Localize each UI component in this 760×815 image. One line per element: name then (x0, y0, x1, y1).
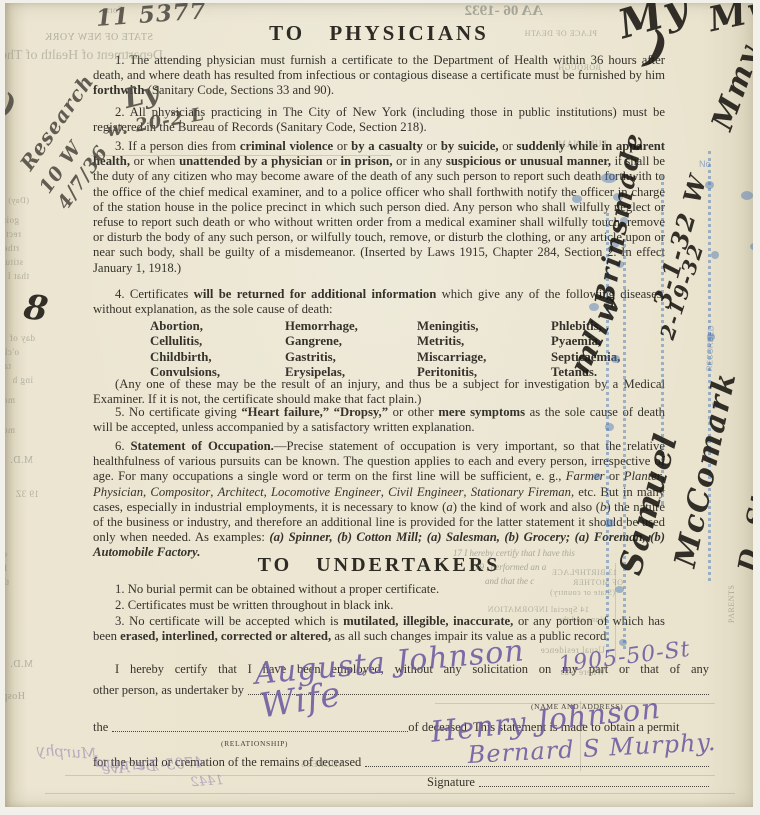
show-through-rule-line (435, 703, 715, 704)
stamp-text: No (699, 159, 711, 169)
the-label: the (93, 720, 108, 735)
paragraph-5-text: 5. No certificate giving “Heart failure,… (93, 405, 665, 435)
signature-label: Signature (427, 775, 475, 790)
show-through-rule-line (45, 793, 735, 794)
bleed-usual-residence: Usual residence (540, 645, 605, 655)
bleed-frag-5: that I last (5, 271, 29, 281)
bleed-md-2: M.D. (10, 659, 33, 670)
parenthetical-note: (Any one of these may be the result of a… (93, 377, 665, 407)
disease-item: Gastritis, (285, 350, 417, 365)
stamp-ink-blob (605, 519, 615, 527)
stamp-ink-blob (620, 217, 628, 225)
parenthetical-note-text: (Any one of these may be the result of a… (93, 377, 665, 407)
show-through-rule-line (65, 775, 715, 776)
stamp-dotted-line (606, 213, 609, 653)
bleed-form-label: Form (101, 5, 123, 15)
stamp-ink-blob (711, 251, 719, 259)
bleed-frag-4: stitution on (5, 257, 23, 267)
certification-line-2: other person, as undertaker by (93, 683, 709, 698)
undertaker-item-1-text: 1. No burial permit can be obtained with… (93, 582, 665, 597)
undertaker-item-3-text: 3. No certificate will be accepted which… (93, 614, 665, 644)
disease-list: Abortion, Cellulitis, Childbirth, Convul… (93, 319, 665, 380)
show-through-rule-line-vertical (580, 701, 581, 771)
undertaker-item-2-text: 2. Certificates must be written througho… (93, 598, 665, 613)
paragraph-1-text: 1. The attending physician must furnish … (93, 53, 665, 99)
bleed-mos-ds-2: mos. ds. (5, 425, 15, 435)
physicians-title: TO PHYSICIANS (5, 21, 753, 46)
disease-item: Abortion, (150, 319, 285, 334)
disease-item: Metritis, (417, 334, 551, 349)
bleed-frag-6: day of (9, 333, 35, 343)
disease-item: Meningitis, (417, 319, 551, 334)
signature-row: Signature (427, 775, 709, 790)
bleed-parents: PARENTS (727, 585, 736, 623)
undertaker-item-2: 2. Certificates must be written througho… (93, 598, 665, 613)
paragraph-5: 5. No certificate giving “Heart failure,… (93, 405, 665, 435)
paragraph-4: 4. Certificates will be returned for add… (93, 287, 665, 317)
disease-item: Cellulitis, (150, 334, 285, 349)
undertaker-item-3: 3. No certificate will be accepted which… (93, 614, 665, 644)
paragraph-3-text: 3. If a person dies from criminal violen… (93, 139, 665, 276)
ink-scrawl-7: D. St. turned t (733, 335, 753, 575)
pencil-archive-note-1: Research (15, 70, 99, 175)
undertaker-item-1: 1. No burial permit can be obtained with… (93, 582, 665, 597)
bleed-frag-3: rther certify (5, 243, 19, 253)
relationship-caption: (RELATIONSHIP) (221, 736, 709, 751)
disease-item: Gangrene, (285, 334, 417, 349)
bleed-frag-7: o'clock (5, 347, 19, 357)
disease-item: Childbirth, (150, 350, 285, 365)
of-deceased-text: of deceased. This statement is made to o… (408, 720, 679, 735)
relationship-fill-line (112, 730, 408, 732)
certification-line-1: I hereby certify that I have been employ… (93, 662, 709, 677)
stamp-ink-blob (572, 195, 582, 203)
stamp-ink-blob (589, 303, 599, 311)
deceased-name-fill-line (365, 765, 709, 767)
stamp-ink-blob (610, 241, 619, 248)
ink-scrawl-6: McComark (668, 368, 744, 570)
ink-figure-eight: 8 (21, 287, 52, 330)
stamp-ink-blob (605, 423, 614, 431)
scanned-document: TO PHYSICIANS 1. The attending physician… (0, 0, 760, 815)
ink-scrawl-8: Mmy (705, 40, 753, 135)
bleed-day-year: (Day) (Year) (5, 196, 29, 205)
bleed-cause: that the cause of (5, 577, 9, 587)
stamp-ink-blob (601, 173, 617, 183)
pencil-archive-note-2: 10 W (35, 137, 87, 197)
stamp-ink-blob (619, 639, 627, 646)
name-address-fill-line (248, 693, 709, 695)
stamp-ink-blob (613, 193, 623, 201)
name-address-caption: (NAME AND ADDRESS) (531, 699, 709, 714)
stamp-ink-blob (615, 586, 624, 593)
stamp-ink-blob (741, 191, 753, 200)
stamp-ink-blob (616, 261, 624, 268)
bleed-frag-2: rect as near (5, 229, 21, 239)
show-through-rule-line (91, 155, 391, 156)
bleed-frag-8: tate definitely (5, 361, 11, 371)
certification-section: I hereby certify that I have been employ… (93, 662, 709, 790)
certificate-back-paper: TO PHYSICIANS 1. The attending physician… (5, 3, 753, 807)
stamp-ink-blob (593, 473, 601, 480)
certification-line-4: for the burial or cremation of the remai… (93, 755, 709, 770)
stamp-ink-blob (750, 243, 753, 250)
disease-item: Miscarriage, (417, 350, 551, 365)
undertaker-by-label: other person, as undertaker by (93, 683, 244, 698)
bleed-date-frag: 19 3Z (15, 489, 39, 499)
paragraph-4-text: 4. Certificates will be returned for add… (93, 287, 665, 317)
bleedp-murphy: Murphy (36, 741, 97, 763)
bleed-hospital: Hospital (5, 691, 25, 702)
bleed-frag-9: ing h (12, 375, 33, 385)
signature-fill-line (479, 785, 709, 787)
stamp-ink-blob (712, 401, 720, 408)
undertakers-title: TO UNDERTAKERS (5, 554, 753, 577)
bleed-frag-1: going partic- (5, 215, 19, 225)
burial-cremation-label: for the burial or cremation of the remai… (93, 755, 361, 770)
paragraph-1: 1. The attending physician must furnish … (93, 53, 665, 99)
stamp-ink-blob (611, 355, 620, 363)
paragraph-6: 6. Statement of Occupation.—Precise stat… (93, 439, 665, 561)
bleed-certificate-number: AA 06 -1932 (465, 3, 543, 20)
pencil-curve-mark: ) (5, 87, 20, 124)
disease-item: Hemorrhage, (285, 319, 417, 334)
certification-line-3: the of deceased. This statement is made … (93, 720, 709, 735)
paragraph-6-text: 6. Statement of Occupation.—Precise stat… (93, 439, 665, 561)
stamp-text: RECORDED (705, 325, 716, 371)
bleed-md-1: M.D. (10, 455, 33, 466)
bleed-mos-ds-1: mos. ds. (5, 395, 15, 405)
show-through-rule-line-vertical (615, 563, 616, 663)
paragraph-3: 3. If a person dies from criminal violen… (93, 139, 665, 276)
stamp-dotted-line (661, 175, 664, 505)
paragraph-2-text: 2. All physicians practicing in The City… (93, 105, 665, 135)
paragraph-2: 2. All physicians practicing in The City… (93, 105, 665, 135)
stamp-ink-blob (705, 181, 714, 189)
